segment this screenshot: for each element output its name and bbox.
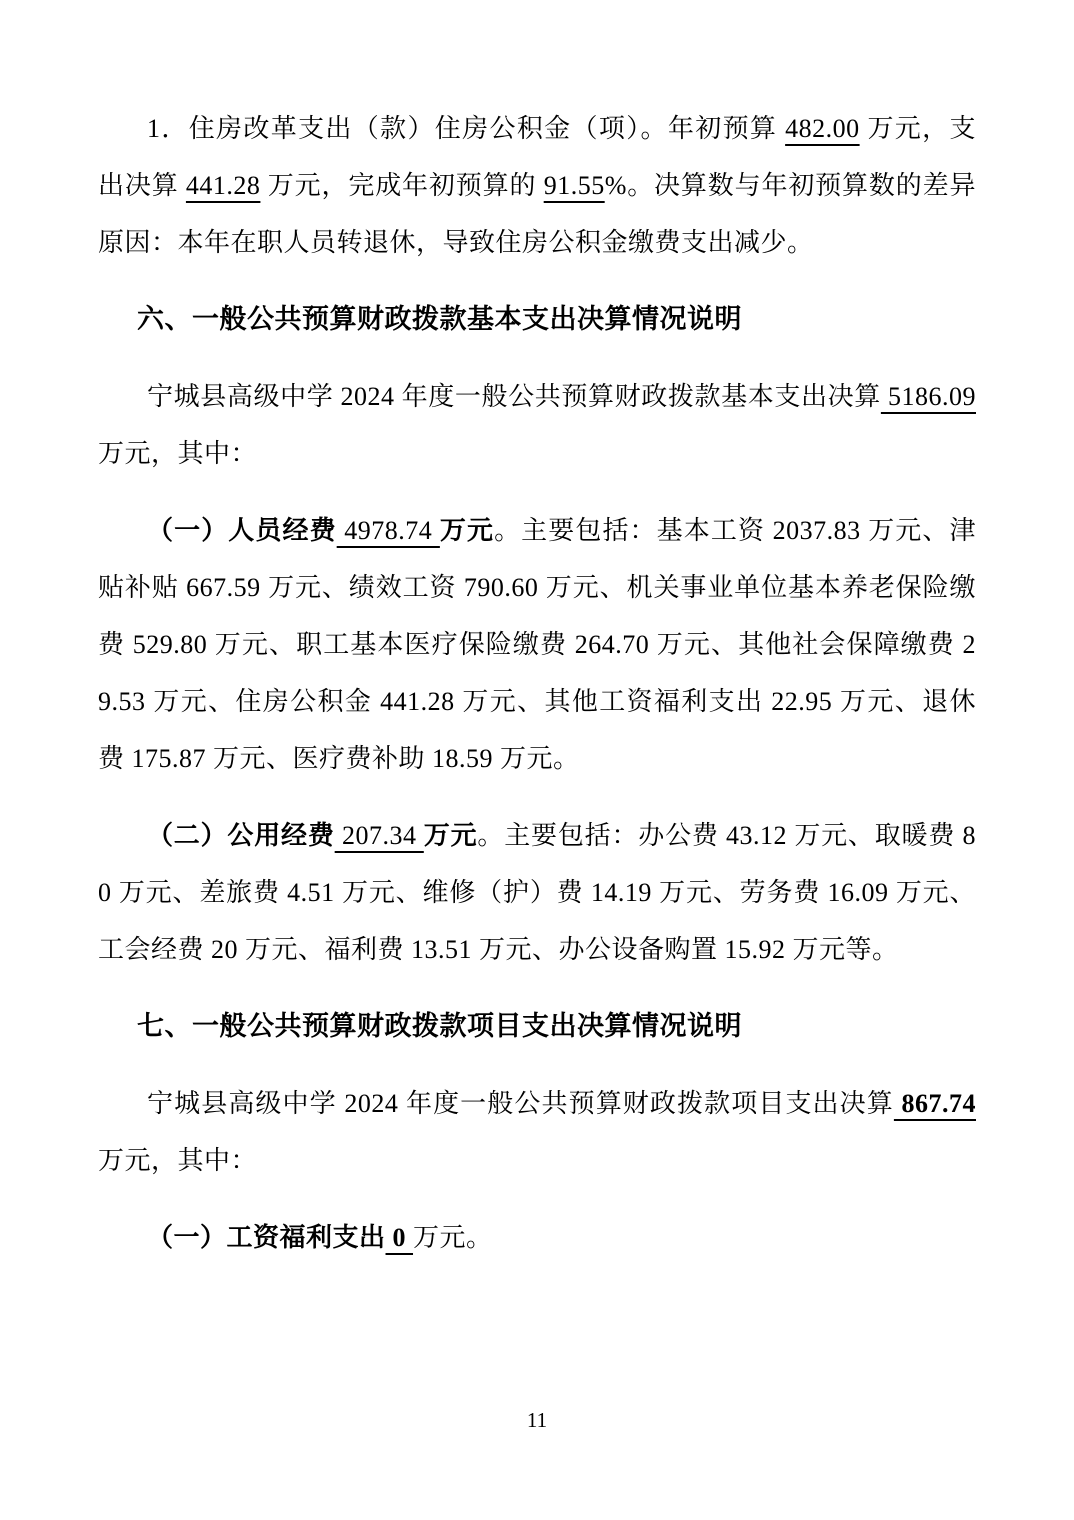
section-heading-project-expenditure: 七、一般公共预算财政拨款项目支出决算情况说明 [98, 998, 976, 1055]
paragraph-housing-reform-detail: 1．住房改革支出（款）住房公积金（项）。年初预算 482.00 万元，支出决算 … [98, 100, 976, 271]
underlined-value-completion-rate: 91.55 [544, 171, 605, 200]
text-run: 万元，其中： [98, 1146, 257, 1175]
page-number: 11 [0, 1406, 1074, 1434]
underlined-value-salary-welfare: 0 [386, 1223, 414, 1252]
text-run: 。主要包括：基本工资 2037.83 万元、津贴补贴 667.59 万元、绩效工… [98, 516, 976, 773]
paragraph-personnel-expenses: （一）人员经费 4978.74 万元。主要包括：基本工资 2037.83 万元、… [98, 502, 976, 787]
document-content: 1．住房改革支出（款）住房公积金（项）。年初预算 482.00 万元，支出决算 … [98, 100, 976, 1286]
text-run: 宁城县高级中学 2024 年度一般公共预算财政拨款项目支出决算 [147, 1089, 894, 1118]
paragraph-public-expenses: （二）公用经费 207.34 万元。主要包括：办公费 43.12 万元、取暖费 … [98, 807, 976, 978]
text-run: 万元 [440, 516, 494, 545]
paragraph-basic-expenditure-total: 宁城县高级中学 2024 年度一般公共预算财政拨款基本支出决算 5186.09 … [98, 368, 976, 482]
label-personnel-expenses: （一）人员经费 [147, 516, 337, 545]
underlined-value-project-total: 867.74 [894, 1089, 976, 1118]
text-run: 万元，其中： [98, 439, 257, 468]
underlined-value-basic-total: 5186.09 [881, 382, 976, 411]
text-run: 宁城县高级中学 2024 年度一般公共预算财政拨款基本支出决算 [147, 382, 881, 411]
underlined-value-final-expenditure: 441.28 [186, 171, 261, 200]
underlined-value-personnel-total: 4978.74 [337, 516, 440, 545]
label-salary-welfare: （一）工资福利支出 [147, 1223, 386, 1252]
section-heading-basic-expenditure: 六、一般公共预算财政拨款基本支出决算情况说明 [98, 291, 976, 348]
underlined-value-public-total: 207.34 [335, 821, 424, 850]
text-run: 1．住房改革支出（款）住房公积金（项）。年初预算 [147, 114, 785, 143]
document-page: 1．住房改革支出（款）住房公积金（项）。年初预算 482.00 万元，支出决算 … [0, 0, 1074, 1520]
underlined-value-initial-budget: 482.00 [785, 114, 860, 143]
label-public-expenses: （二）公用经费 [147, 821, 335, 850]
text-run: 万元。 [413, 1223, 493, 1252]
paragraph-salary-welfare: （一）工资福利支出 0 万元。 [98, 1209, 976, 1266]
paragraph-project-expenditure-total: 宁城县高级中学 2024 年度一般公共预算财政拨款项目支出决算 867.74 万… [98, 1075, 976, 1189]
text-run: 万元，完成年初预算的 [260, 171, 543, 200]
text-run: 万元 [424, 821, 478, 850]
